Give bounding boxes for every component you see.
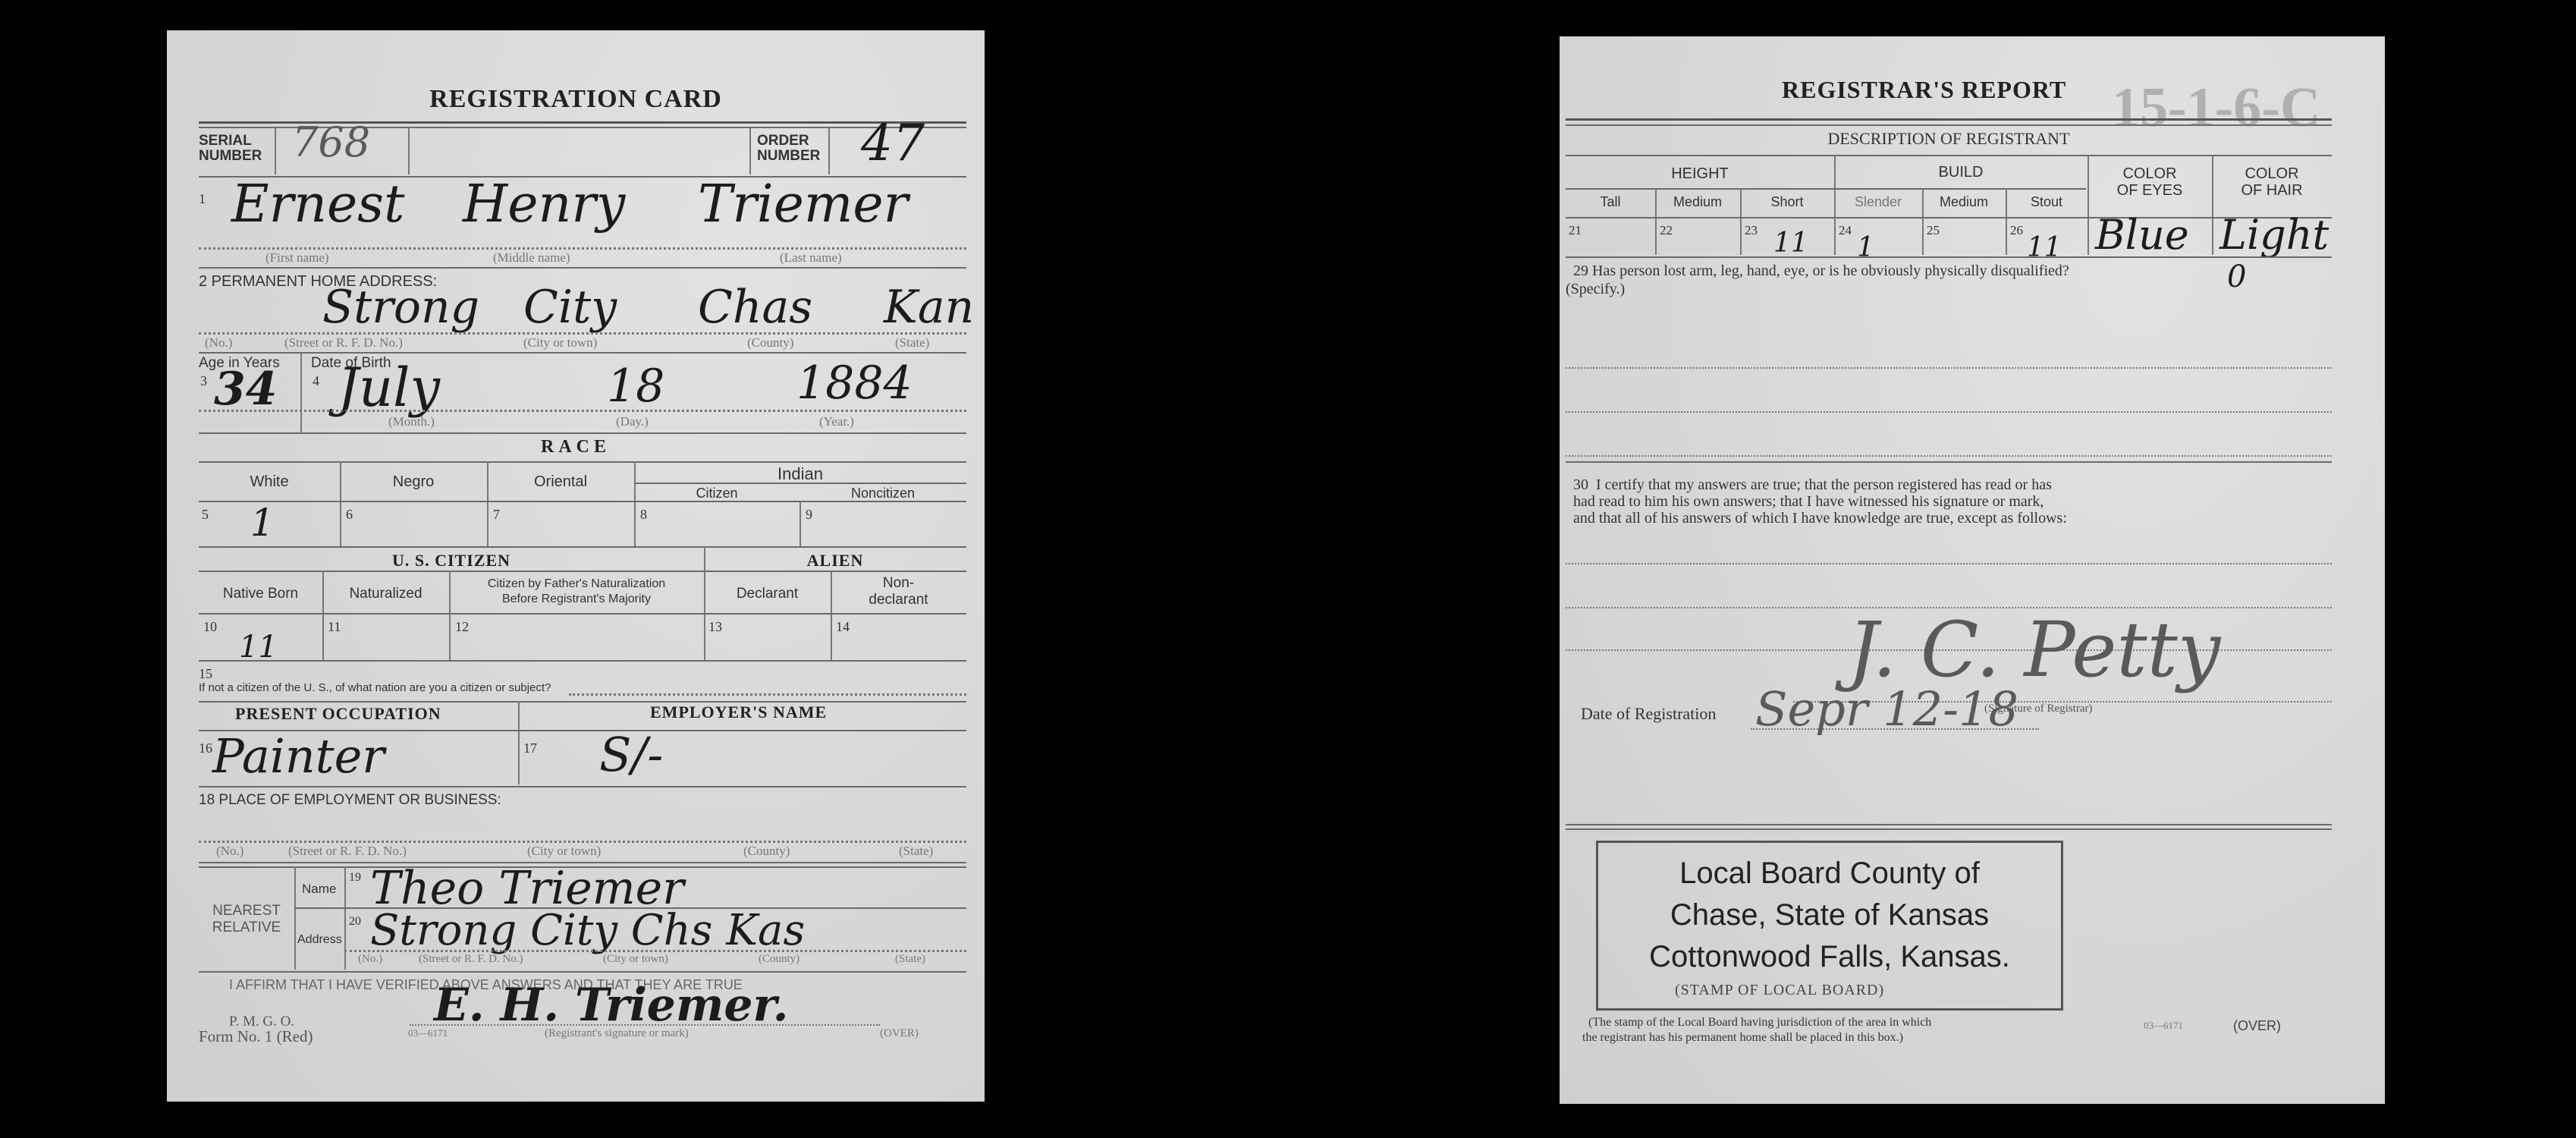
field-1-number: 1: [199, 191, 206, 207]
local-board-stamp-text: Local Board County of Chase, State of Ka…: [1596, 853, 2063, 978]
date-of-registration-value: Sepr 12-18: [1755, 681, 2018, 737]
caption-no: (No.): [216, 844, 243, 859]
race-col-negro: Negro: [340, 473, 487, 491]
relative-name-label: Name: [302, 882, 336, 897]
registrant-first-name: Ernest: [231, 174, 404, 234]
caption-county: (County): [747, 335, 793, 351]
field-6-number: 6: [346, 507, 353, 523]
home-address-county: Chas: [698, 281, 812, 334]
signature-caption: (Registrant's signature or mark): [545, 1027, 689, 1040]
field-15-number: 15: [199, 666, 212, 682]
caption-street: (Street or R. F. D. No.): [288, 844, 407, 859]
caption-day: (Day.): [616, 414, 649, 429]
caption-state: (State): [895, 335, 929, 351]
field-11-number: 11: [328, 619, 341, 635]
employer-value: S/-: [599, 727, 663, 782]
alien-title: ALIEN: [704, 551, 966, 571]
eyes-title: COLOR OF EYES: [2088, 165, 2212, 199]
race-col-indian-noncitizen: Noncitizen: [800, 486, 966, 501]
serial-number-value: 768: [292, 118, 370, 166]
over-label: (OVER): [880, 1027, 919, 1040]
description-title: DESCRIPTION OF REGISTRANT: [1566, 129, 2332, 149]
build-col-slender: Slender: [1834, 194, 1922, 210]
field-12-number: 12: [455, 619, 469, 635]
form-number-label: Form No. 1 (Red): [199, 1027, 313, 1046]
registrant-middle-name: Henry: [463, 174, 625, 234]
field-22-number: 22: [1660, 223, 1673, 238]
field-24-number: 24: [1839, 223, 1852, 238]
age-number: 3: [200, 373, 207, 389]
field-21-number: 21: [1569, 223, 1582, 238]
caption-year: (Year.): [819, 414, 854, 429]
dob-day: 18: [607, 360, 664, 413]
build-title: BUILD: [1834, 164, 2088, 181]
field-25-number: 25: [1927, 223, 1940, 238]
field-13-number: 13: [708, 619, 722, 635]
race-white-mark: 1: [250, 501, 275, 545]
age-value: 34: [214, 363, 278, 416]
alien-col-non-declarant: Non- declarant: [831, 575, 966, 608]
race-col-white: White: [199, 473, 340, 491]
field-29-specify: (Specify.): [1566, 281, 1625, 298]
race-col-oriental: Oriental: [487, 473, 634, 491]
home-address-street: Strong: [322, 281, 479, 334]
nearest-relative-label: NEAREST RELATIVE: [199, 903, 294, 936]
caption-middle-name: (Middle name): [493, 250, 570, 266]
field-26-number: 26: [2010, 223, 2023, 238]
field-7-number: 7: [493, 507, 500, 523]
field-29-question: 29 Has person lost arm, leg, hand, eye, …: [1573, 262, 2069, 280]
caption-street: (Street or R. F. D. No.): [419, 953, 523, 966]
card-title: REGISTRATION CARD: [167, 85, 985, 114]
hair-color-value: Light: [2219, 211, 2329, 259]
dob-year: 1884: [796, 357, 913, 410]
caption-county: (County): [759, 953, 800, 966]
caption-city: (City or town): [603, 953, 668, 966]
field-29-answer: 0: [2227, 259, 2246, 294]
height-short-mark: 11: [1773, 228, 1808, 259]
field-9-number: 9: [806, 507, 812, 523]
field-30-certification: 30 I certify that my answers are true; t…: [1573, 476, 2332, 527]
registrars-report-card: REGISTRAR'S REPORT 15-1-6-C DESCRIPTION …: [1560, 36, 2385, 1104]
height-col-medium: Medium: [1655, 194, 1740, 210]
registration-card: REGISTRATION CARD SERIAL NUMBER 768 ORDE…: [167, 30, 985, 1102]
citizen-col-fathers-naturalization: Citizen by Father's Naturalization Befor…: [449, 577, 704, 607]
build-col-medium: Medium: [1922, 194, 2006, 210]
height-col-short: Short: [1740, 194, 1834, 210]
print-code: 03—6171: [408, 1027, 448, 1039]
stamp-note: (The stamp of the Local Board having jur…: [1582, 1015, 1931, 1045]
field-16-number: 16: [199, 740, 212, 756]
home-address-state: Kan: [884, 281, 974, 334]
hair-title: COLOR OF HAIR: [2212, 165, 2332, 199]
field-20-number: 20: [349, 915, 361, 929]
occupation-value: Painter: [212, 728, 385, 784]
place-of-employment-label: 18 PLACE OF EMPLOYMENT OR BUSINESS:: [199, 792, 501, 809]
caption-state: (State): [895, 953, 925, 966]
occupation-title: PRESENT OCCUPATION: [235, 704, 441, 724]
race-title: RACE: [167, 437, 985, 457]
us-citizen-title: U. S. CITIZEN: [199, 551, 704, 571]
field-8-number: 8: [640, 507, 647, 523]
home-address-city: City: [523, 281, 617, 334]
field-10-number: 10: [203, 619, 217, 635]
caption-month: (Month.): [388, 414, 435, 429]
field-19-number: 19: [349, 871, 361, 885]
citizen-col-native-born: Native Born: [199, 586, 322, 602]
relative-address-value: Strong City Chs Kas: [370, 906, 805, 955]
print-code: 03—6171: [2144, 1020, 2183, 1032]
field-5-number: 5: [202, 507, 209, 523]
eye-color-value: Blue: [2095, 211, 2189, 259]
build-stout-mark: 11: [2027, 232, 2062, 263]
field-15-question: If not a citizen of the U. S., of what n…: [199, 681, 551, 694]
date-of-registration-label: Date of Registration: [1581, 704, 1716, 724]
caption-first-name: (First name): [265, 250, 329, 266]
registrant-last-name: Triemer: [698, 174, 908, 234]
height-col-tall: Tall: [1566, 194, 1655, 210]
caption-county: (County): [743, 844, 790, 859]
citizen-col-naturalized: Naturalized: [322, 586, 449, 602]
dob-number: 4: [313, 373, 319, 389]
field-23-number: 23: [1745, 223, 1758, 238]
caption-last-name: (Last name): [780, 250, 842, 266]
race-col-indian: Indian: [634, 464, 966, 484]
height-title: HEIGHT: [1566, 165, 1834, 183]
field-17-number: 17: [523, 740, 537, 756]
caption-no: (No.): [205, 335, 232, 351]
over-label: (OVER): [2233, 1018, 2281, 1034]
caption-state: (State): [899, 844, 933, 859]
employer-title: EMPLOYER'S NAME: [650, 703, 827, 722]
stamp-caption: (STAMP OF LOCAL BOARD): [1675, 982, 1884, 999]
order-number-value: 47: [861, 114, 925, 172]
field-14-number: 14: [836, 619, 850, 635]
caption-city: (City or town): [523, 335, 597, 351]
order-number-label: ORDER NUMBER: [757, 134, 820, 164]
report-title: REGISTRAR'S REPORT: [1782, 76, 2066, 104]
caption-street: (Street or R. F. D. No.): [284, 335, 403, 351]
relative-address-label: Address: [297, 933, 342, 947]
alien-col-declarant: Declarant: [704, 586, 831, 602]
race-col-indian-citizen: Citizen: [634, 486, 800, 501]
serial-number-label: SERIAL NUMBER: [199, 134, 262, 164]
build-col-stout: Stout: [2006, 194, 2088, 210]
caption-no: (No.): [358, 953, 382, 966]
caption-city: (City or town): [527, 844, 601, 859]
build-medium-mark: 1: [1857, 232, 1874, 263]
